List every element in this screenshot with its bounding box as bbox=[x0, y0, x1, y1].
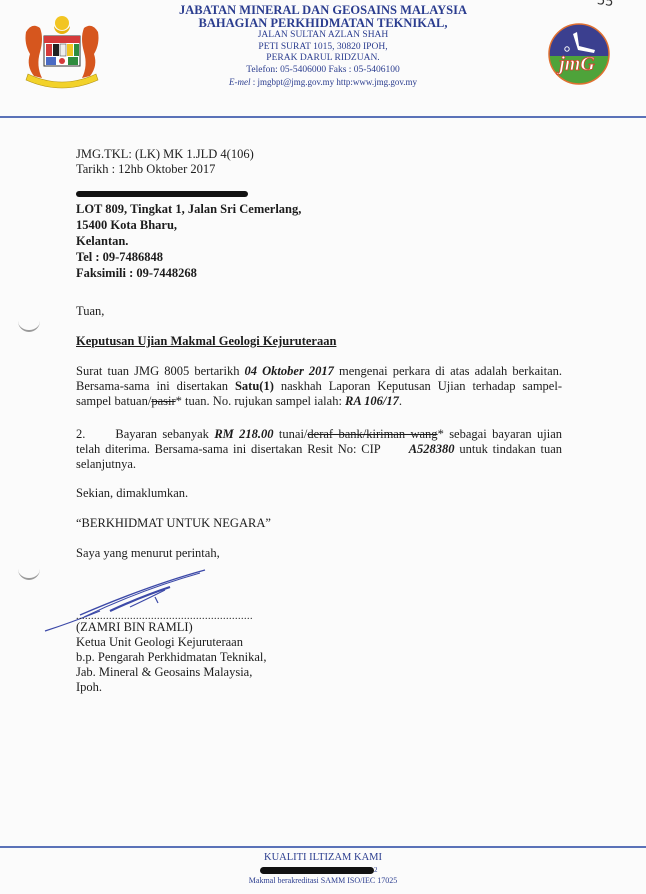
signoff: Saya yang menurut perintah, bbox=[76, 546, 220, 561]
jmg-logo: jmG bbox=[547, 22, 611, 86]
header-divider bbox=[0, 116, 646, 118]
sample-reference: RA 106/17 bbox=[345, 394, 399, 408]
closing: Sekian, dimaklumkan. bbox=[76, 486, 188, 501]
redaction-bar bbox=[260, 867, 374, 874]
subject: Keputusan Ujian Makmal Geologi Kejuruter… bbox=[76, 334, 336, 349]
recipient-address-line: LOT 809, Tingkat 1, Jalan Sri Cemerlang, bbox=[76, 202, 301, 217]
recipient-address-line: Kelantan. bbox=[76, 234, 128, 249]
salutation: Tuan, bbox=[76, 304, 104, 319]
recipient-address-line: 15400 Kota Bharu, bbox=[76, 218, 177, 233]
text: . bbox=[399, 394, 402, 408]
payment-amount: RM 218.00 bbox=[214, 427, 273, 441]
redacted-recipient-name bbox=[76, 191, 248, 197]
signatory-name: (ZAMRI BIN RAMLI) bbox=[76, 620, 193, 635]
struck-text: deraf bank/kiriman wang bbox=[307, 427, 437, 441]
accreditation: Makmal berakreditasi SAMM ISO/IEC 17025 bbox=[0, 876, 646, 885]
recipient-fax: Faksimili : 09-7448268 bbox=[76, 266, 197, 281]
redacted-suffix: 2 bbox=[374, 866, 378, 874]
signatory-title: b.p. Pengarah Perkhidmatan Teknikal, bbox=[76, 650, 267, 665]
reference-number: JMG.TKL: (LK) MK 1.JLD 4(106) bbox=[76, 147, 254, 162]
copy-count: Satu(1) bbox=[235, 379, 274, 393]
paragraph-number: 2. bbox=[76, 427, 85, 441]
punch-hole-mark bbox=[18, 566, 40, 580]
text: * tuan. No. rujukan sampel ialah: bbox=[176, 394, 345, 408]
footer-redacted-line: 2 bbox=[260, 867, 380, 874]
signatory-title: Jab. Mineral & Geosains Malaysia, bbox=[76, 665, 252, 680]
email-label: E-mel bbox=[229, 77, 251, 87]
motto: “BERKHIDMAT UNTUK NEGARA” bbox=[76, 516, 271, 531]
letter-date: Tarikh : 12hb Oktober 2017 bbox=[76, 162, 215, 177]
text: Bayaran sebanyak bbox=[115, 427, 214, 441]
punch-hole-mark bbox=[18, 318, 40, 332]
footer-motto: KUALITI ILTIZAM KAMI bbox=[0, 852, 646, 863]
recipient-phone: Tel : 09-7486848 bbox=[76, 250, 163, 265]
signatory-title: Ketua Unit Geologi Kejuruteraan bbox=[76, 635, 243, 650]
text: Surat tuan JMG 8005 bertarikh bbox=[76, 364, 245, 378]
text: tunai/ bbox=[274, 427, 308, 441]
signatory-title: Ipoh. bbox=[76, 680, 102, 695]
svg-text:jmG: jmG bbox=[556, 53, 595, 75]
footer-divider bbox=[0, 846, 646, 848]
receipt-number: A528380 bbox=[409, 442, 455, 456]
email-value: : jmgbpt@jmg.gov.my http:www.jmg.gov.my bbox=[250, 77, 417, 87]
reference-letter-date: 04 Oktober 2017 bbox=[245, 364, 334, 378]
paragraph-2: 2.Bayaran sebanyak RM 218.00 tunai/deraf… bbox=[76, 427, 562, 472]
struck-text: pasir bbox=[151, 394, 175, 408]
paragraph-1: Surat tuan JMG 8005 bertarikh 04 Oktober… bbox=[76, 364, 562, 409]
